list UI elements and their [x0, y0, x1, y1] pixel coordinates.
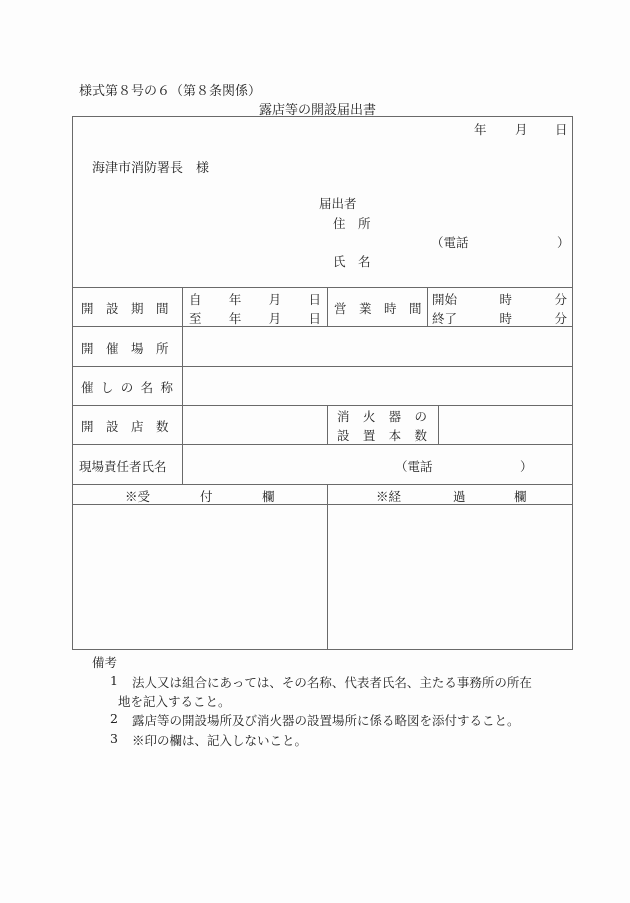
period-label: 開 設 期 間 [81, 299, 169, 317]
stores-label: 開 設 店 数 [81, 417, 169, 435]
applicant-heading: 届出者 [319, 194, 357, 212]
from-month: 月 [269, 290, 282, 308]
hours-end[interactable]: 終了 時 分 [432, 309, 567, 327]
progress-header-3: 欄 [514, 487, 527, 505]
from-year: 年 [229, 290, 242, 308]
date-year: 年 [474, 120, 487, 138]
to-year: 年 [229, 309, 242, 327]
venue-field[interactable] [184, 328, 572, 365]
reception-area [73, 505, 326, 649]
reception-header-1: ※受 [125, 487, 150, 505]
venue-label: 開 催 場 所 [81, 339, 169, 357]
event-name-label: 催しの名称 [81, 378, 173, 396]
to-label: 至 [189, 309, 202, 327]
note-1-cont: 地を記入すること。 [118, 692, 231, 710]
end-label: 終了 [432, 309, 457, 327]
manager-label: 現場責任者氏名 [79, 457, 167, 475]
start-label: 開始 [432, 290, 457, 308]
note-3-num: 3 [110, 731, 118, 746]
note-2-num: 2 [110, 711, 118, 726]
date-day: 日 [555, 120, 568, 138]
from-day: 日 [308, 290, 321, 308]
addressee: 海津市消防署長 様 [92, 157, 209, 176]
event-name-field[interactable] [184, 367, 572, 404]
progress-area [328, 505, 572, 649]
applicant-phone-close: ） [557, 233, 570, 251]
to-day: 日 [308, 309, 321, 327]
period-to[interactable]: 至 年 月 日 [189, 309, 321, 327]
end-minute: 分 [554, 309, 567, 327]
extinguisher-label-1: 消火器の [337, 407, 427, 425]
progress-header-2: 過 [453, 487, 466, 505]
form-number: 様式第８号の６（第８条関係） [79, 80, 261, 99]
date-month: 月 [515, 120, 528, 138]
note-1-num: 1 [110, 673, 118, 688]
note-1-text: 法人又は組合にあっては、その名称、代表者氏名、主たる事務所の所在 [132, 673, 532, 691]
end-hour: 時 [499, 309, 512, 327]
note-3-text: ※印の欄は、記入しないこと。 [132, 731, 307, 749]
name-label: 氏 名 [333, 252, 371, 270]
reception-header-3: 欄 [262, 487, 275, 505]
start-hour: 時 [499, 290, 512, 308]
period-from[interactable]: 自 年 月 日 [189, 290, 321, 308]
notes-heading: 備考 [92, 653, 117, 671]
applicant-phone-open: （電話 [431, 233, 469, 251]
stores-field[interactable] [184, 406, 326, 443]
from-label: 自 [189, 290, 202, 308]
hours-start[interactable]: 開始 時 分 [432, 290, 567, 308]
manager-phone-close: ） [520, 457, 533, 475]
hours-label: 営 業 時 間 [334, 299, 422, 317]
reception-header-2: 付 [200, 487, 213, 505]
manager-phone-open: （電話 [395, 457, 433, 475]
progress-header-1: ※経 [376, 487, 401, 505]
extinguisher-label-2: 設置本数 [337, 426, 427, 444]
extinguisher-field[interactable] [440, 406, 572, 443]
to-month: 月 [269, 309, 282, 327]
address-label: 住 所 [333, 214, 371, 232]
note-2-text: 露店等の開設場所及び消火器の設置場所に係る略図を添付すること。 [132, 711, 520, 729]
start-minute: 分 [554, 290, 567, 308]
